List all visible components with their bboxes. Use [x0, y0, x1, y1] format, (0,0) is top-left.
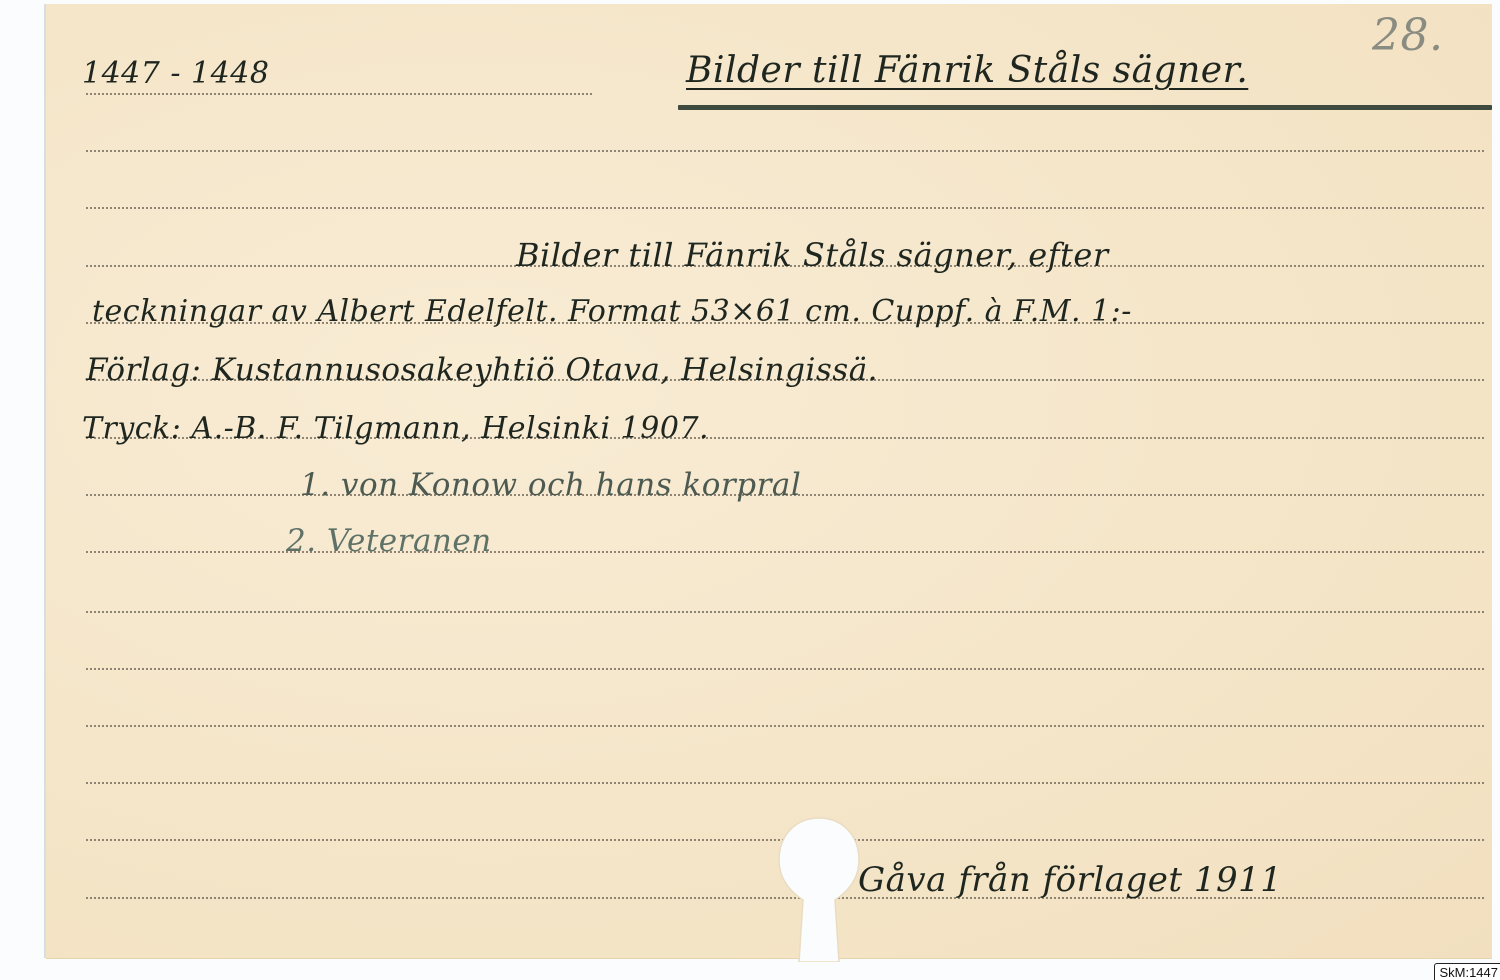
ruled-line — [86, 93, 592, 95]
body-line-2: teckningar av Albert Edelfelt. Format 53… — [92, 294, 1132, 329]
printer-line: Tryck: A.-B. F. Tilgmann, Helsinki 1907. — [82, 411, 709, 446]
inventory-stamp: SkM:1447 — [1434, 963, 1500, 980]
ruled-line — [86, 668, 1484, 670]
ruled-line — [86, 207, 1484, 209]
ruled-line — [86, 611, 1484, 613]
publisher-line: Förlag: Kustannusosakeyhtiö Otava, Helsi… — [86, 352, 878, 388]
body-line-1: Bilder till Fänrik Ståls sägner, efter — [516, 236, 1109, 274]
acquisition-note: Gåva från förlaget 1911 — [858, 860, 1282, 900]
card-heading: Bilder till Fänrik Ståls sägner. — [686, 50, 1248, 91]
item-2: 2. Veteranen — [286, 523, 492, 559]
catalog-card: 1447 - 1448 Bilder till Fänrik Ståls säg… — [46, 4, 1492, 958]
catalog-range: 1447 - 1448 — [82, 56, 269, 91]
ruled-line — [86, 725, 1484, 727]
ruled-line — [86, 150, 1484, 152]
heading-underline — [678, 105, 1492, 110]
ruled-line — [86, 782, 1484, 784]
keyhole-punch-icon — [775, 816, 863, 962]
item-1: 1. von Konow och hans korpral — [300, 467, 801, 503]
card-number: 28. — [1372, 10, 1443, 61]
